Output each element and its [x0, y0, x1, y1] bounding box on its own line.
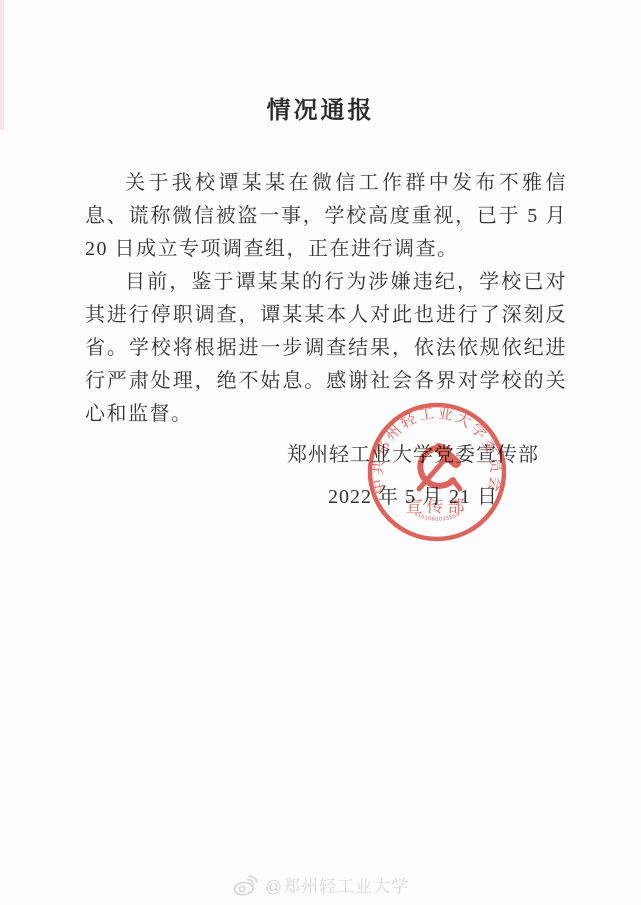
- weibo-watermark: @郑州轻工业大学: [0, 872, 641, 897]
- body-paragraph-2: 目前，鉴于谭某某的行为涉嫌违纪，学校已对其进行停职调查，谭某某本人对此也进行了深…: [85, 266, 567, 431]
- document-page: 情况通报 关于我校谭某某在微信工作群中发布不雅信息、谎称微信被盗一事，学校高度重…: [0, 0, 641, 905]
- signature-date: 2022 年 5 月 21 日: [253, 480, 573, 509]
- document-title: 情况通报: [0, 90, 641, 125]
- signature-department: 郑州轻工业大学党委宣传部: [253, 438, 573, 467]
- seal-serial-number: 4101060033564: [413, 511, 461, 522]
- body-paragraph-1: 关于我校谭某某在微信工作群中发布不雅信息、谎称微信被盗一事，学校高度重视，已于 …: [85, 167, 567, 266]
- weibo-icon: [232, 873, 258, 897]
- signature-block: 郑州轻工业大学党委宣传部 2022 年 5 月 21 日: [253, 438, 573, 509]
- watermark-text: @郑州轻工业大学: [265, 872, 409, 897]
- document-body: 关于我校谭某某在微信工作群中发布不雅信息、谎称微信被盗一事，学校高度重视，已于 …: [85, 167, 567, 431]
